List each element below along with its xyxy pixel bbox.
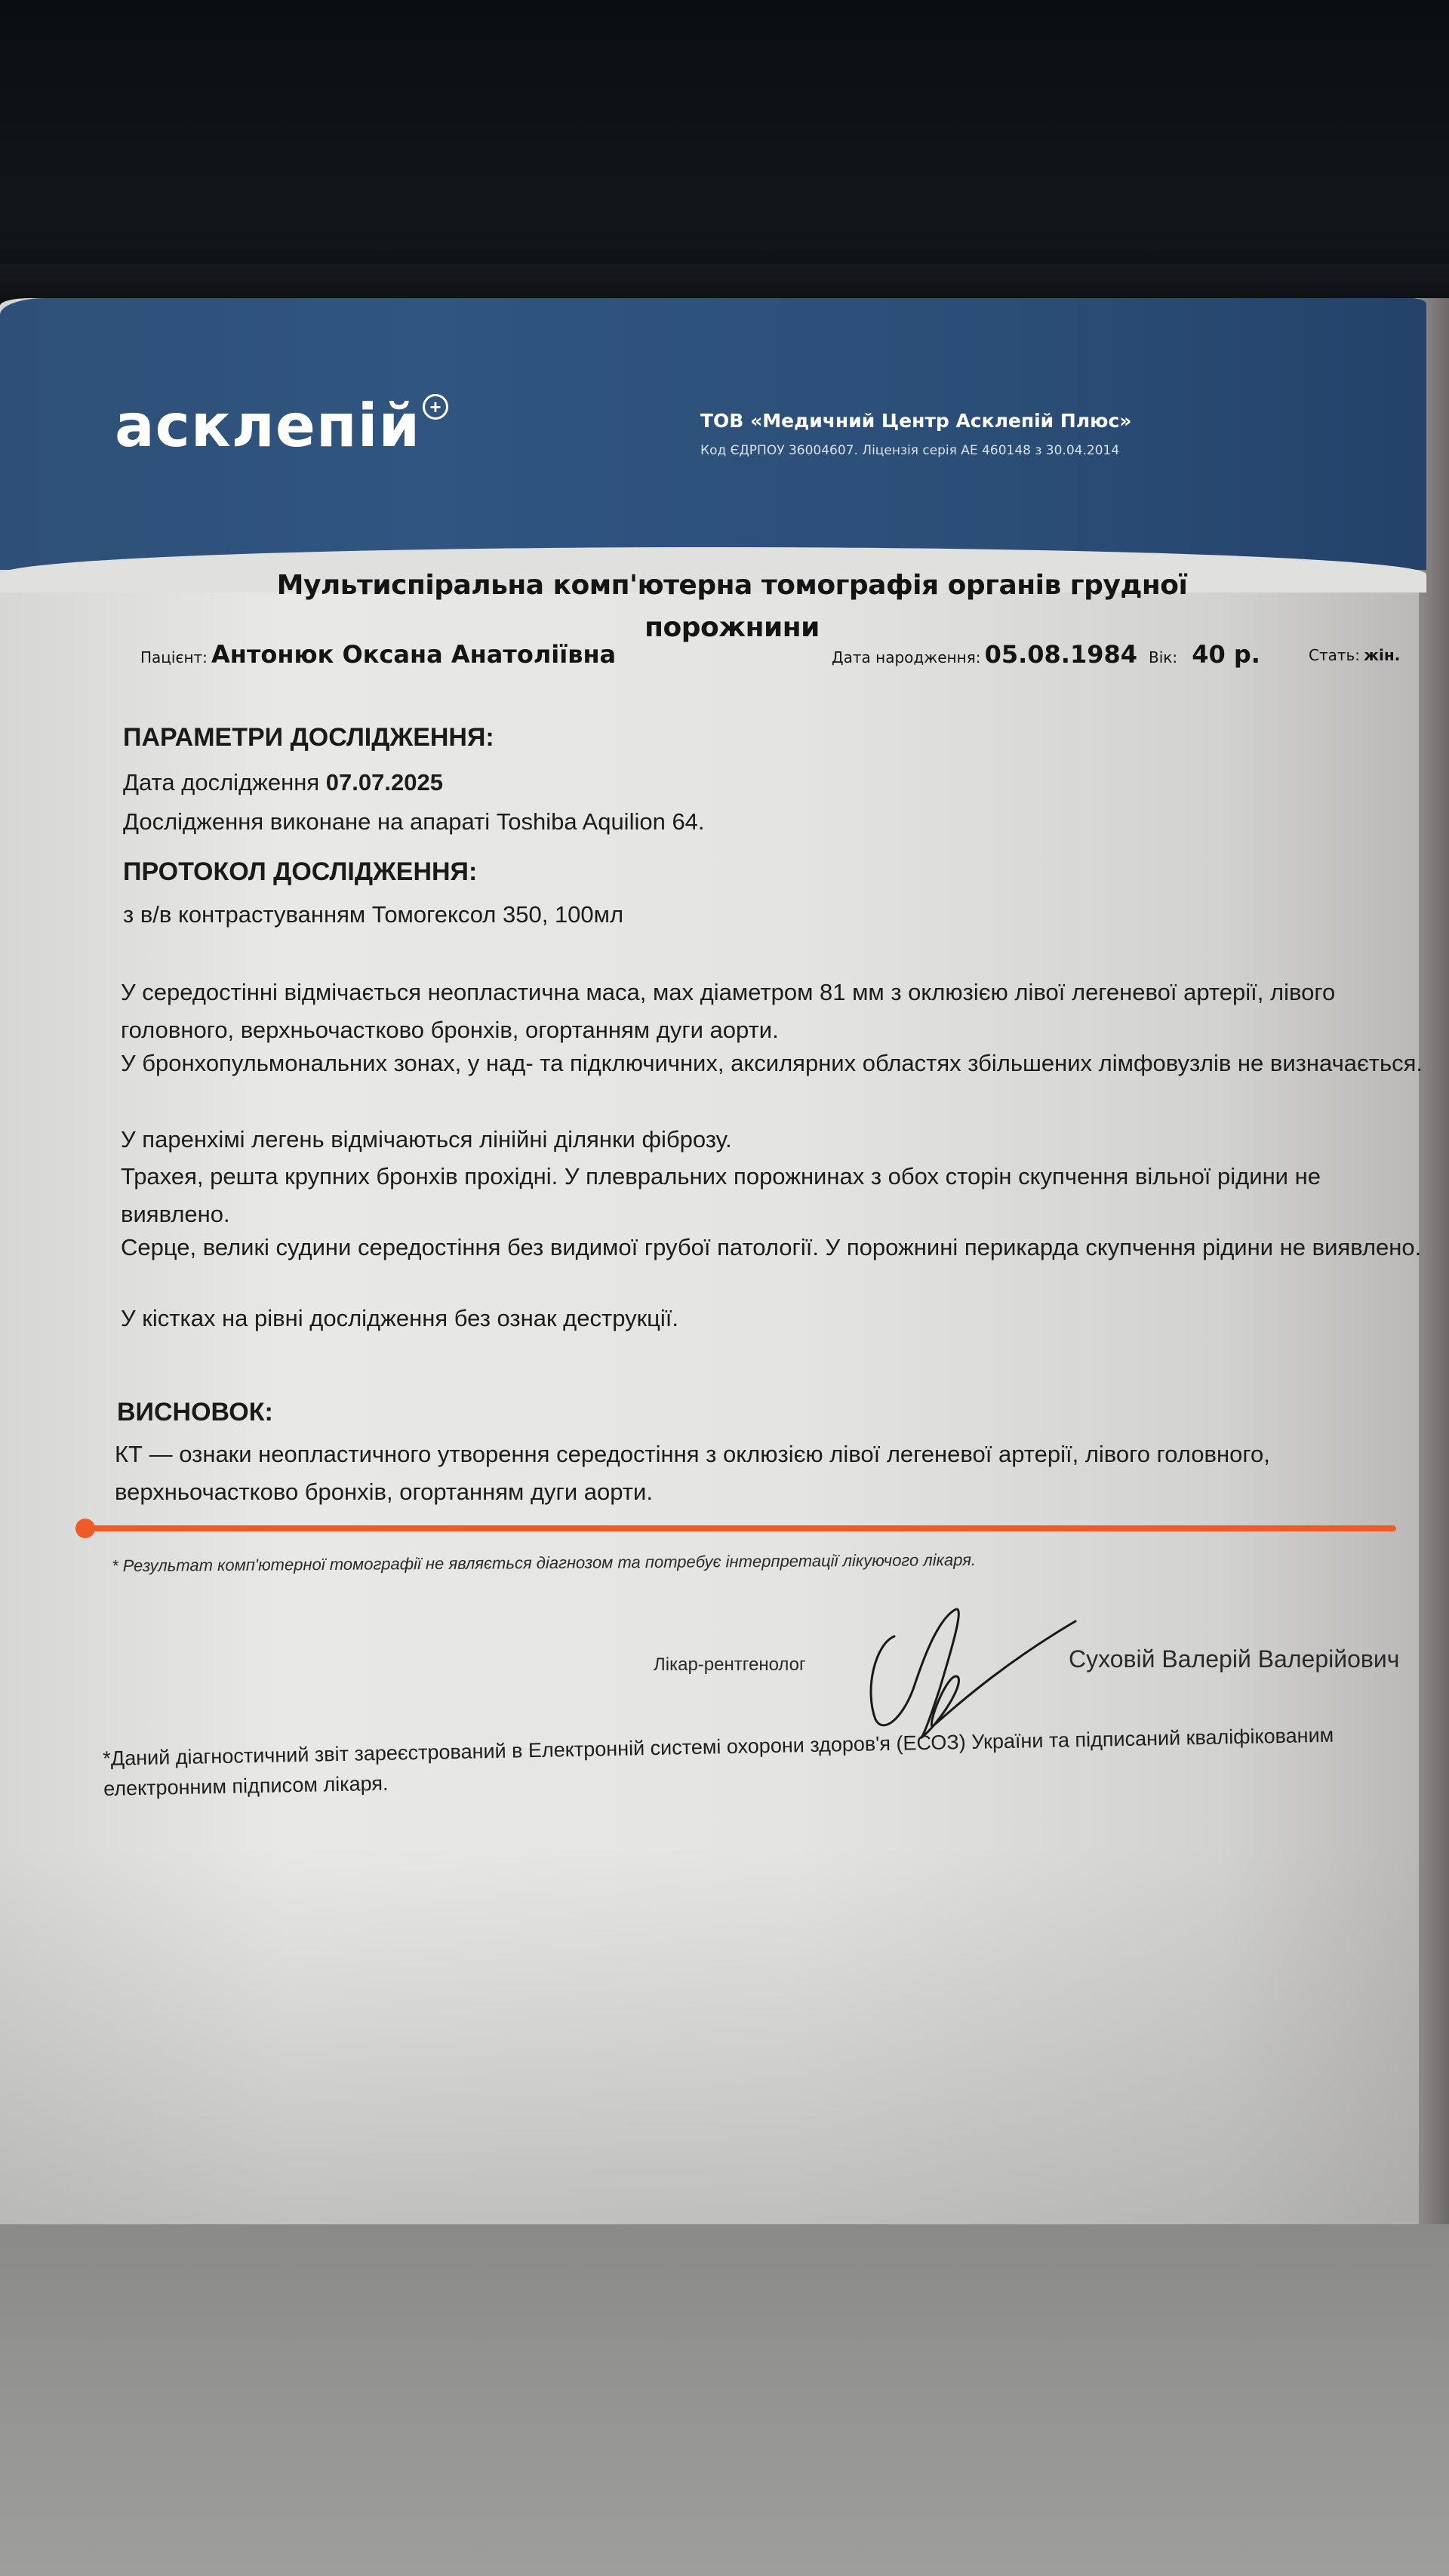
background-surface (0, 2223, 1449, 2576)
conclusion-text: КТ — ознаки неопластичного утворення сер… (115, 1436, 1398, 1511)
orange-divider (83, 1525, 1396, 1531)
finding-paragraph: У паренхімі легень відмічаються лінійні … (121, 1121, 1426, 1159)
patient-name-field: Пацієнт: Антонюк Оксана Анатоліївна (140, 640, 616, 669)
finding-paragraph: Трахея, решта крупних бронхів прохідні. … (121, 1158, 1426, 1233)
protocol-heading: ПРОТОКОЛ ДОСЛІДЖЕННЯ: (123, 857, 477, 887)
age-label: Вік: (1149, 648, 1177, 666)
company-name: ТОВ «Медичний Центр Асклепій Плюс» (700, 410, 1131, 432)
dob-label: Дата народження: (832, 648, 980, 666)
handwritten-signature-icon (860, 1606, 1087, 1742)
patient-name: Антонюк Оксана Анатоліївна (211, 640, 616, 669)
signature-role: Лікар-рентгенолог (654, 1654, 806, 1676)
parameters-heading: ПАРАМЕТРИ ДОСЛІДЖЕННЯ: (123, 723, 494, 752)
device-line: Дослідження виконане на апараті Toshiba … (123, 804, 1421, 840)
dob-value: 05.08.1984 (985, 640, 1137, 669)
company-registration: Код ЄДРПОУ 36004607. Ліцензія серія АЕ 4… (700, 443, 1119, 458)
study-date-value: 07.07.2025 (326, 769, 443, 796)
patient-label: Пацієнт: (140, 648, 208, 666)
study-date-line: Дата дослідження 07.07.2025 (123, 765, 1421, 801)
age-field: Вік: 40 р. (1149, 640, 1260, 669)
finding-paragraph: У середостінні відмічається неопластична… (121, 974, 1426, 1049)
plus-icon: + (423, 394, 448, 420)
age-value: 40 р. (1192, 640, 1260, 669)
contrast-line: з в/в контрастуванням Томогексол 350, 10… (123, 897, 1421, 933)
conclusion-heading: ВИСНОВОК: (117, 1398, 273, 1427)
doctor-name: Суховій Валерій Валерійович (1069, 1645, 1399, 1673)
dob-field: Дата народження: 05.08.1984 (832, 640, 1137, 669)
sex-field: Стать: жін. (1309, 646, 1400, 664)
finding-paragraph: У бронхопульмональних зонах, у над- та п… (121, 1045, 1426, 1082)
study-date-label: Дата дослідження (123, 769, 319, 796)
finding-paragraph: У кістках на рівні дослідження без ознак… (121, 1300, 1426, 1337)
sex-label: Стать: (1309, 646, 1360, 664)
background-dark (0, 0, 1449, 302)
title-line-1: Мультиспіральна комп'ютерна томографія о… (226, 565, 1238, 607)
sex-value: жін. (1364, 646, 1400, 664)
clinic-logo: асклепій (115, 392, 420, 460)
document-title: Мультиспіральна комп'ютерна томографія о… (226, 565, 1238, 649)
finding-paragraph: Серце, великі судини середостіння без ви… (121, 1229, 1426, 1266)
